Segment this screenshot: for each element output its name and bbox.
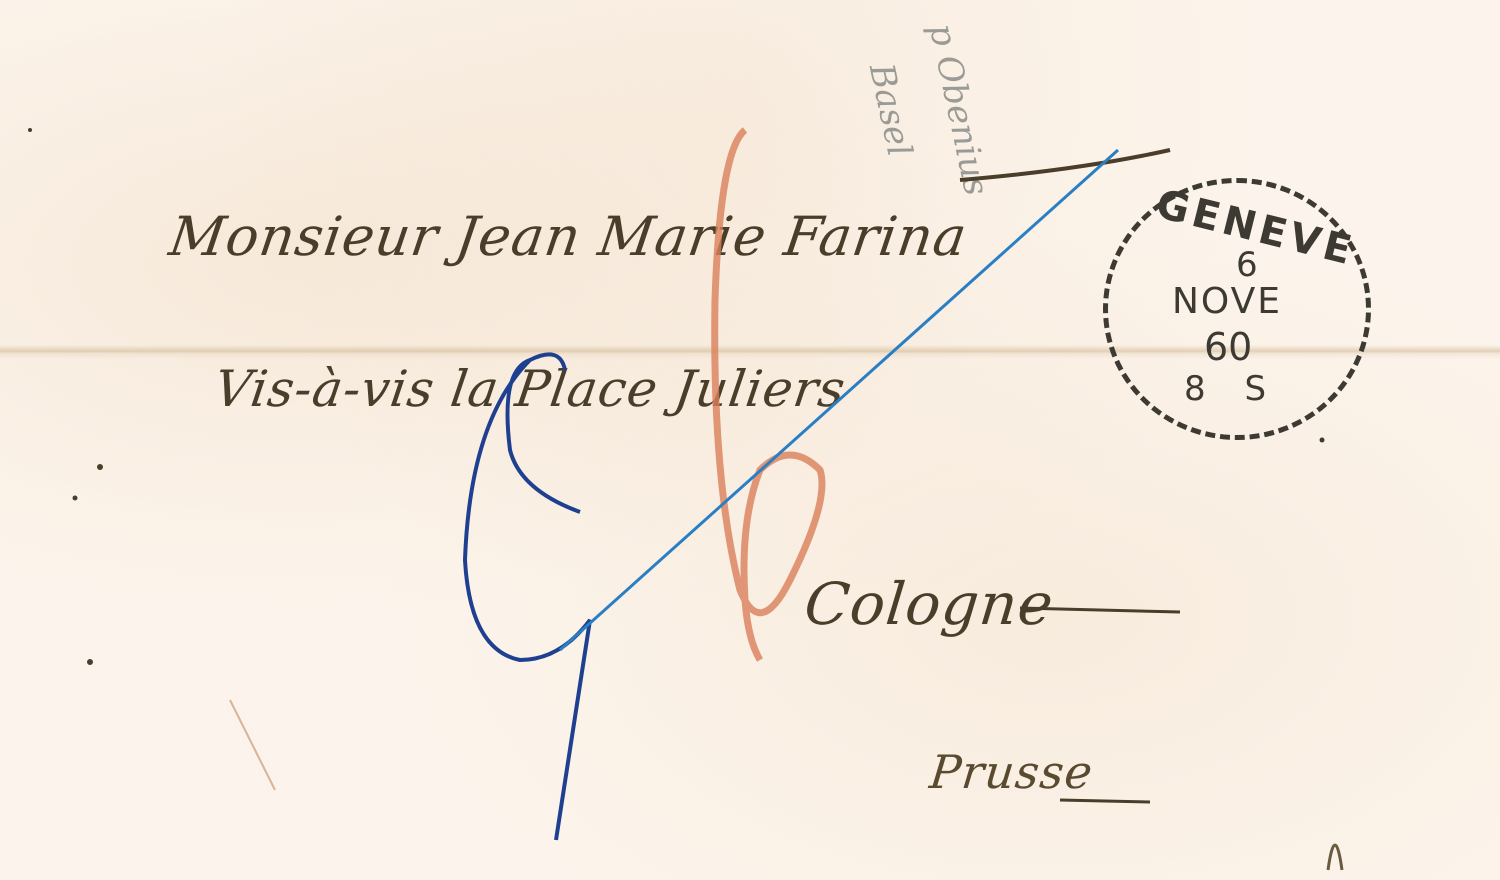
blue-crayon-numeral [465, 354, 590, 840]
postmark-year: 60 [1204, 325, 1252, 369]
postmark-day: 6 [1236, 245, 1258, 285]
blue-diagonal-line [560, 150, 1118, 650]
geneve-postmark: GENEVE 6 NOVE 60 8 S [1103, 178, 1371, 440]
postmark-hour: 8 S [1184, 369, 1280, 409]
red-crayon-six [715, 130, 822, 660]
postmark-month: NOVE [1172, 281, 1282, 322]
handwritten-markings [0, 0, 1500, 880]
